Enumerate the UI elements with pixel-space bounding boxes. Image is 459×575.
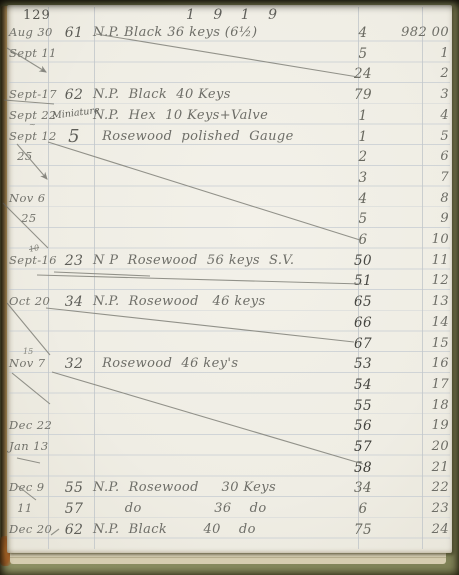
ledger-row: 67 15: [7, 336, 452, 357]
entry-quantity: 56: [341, 418, 385, 434]
entry-item-number: 32: [52, 356, 96, 372]
entry-date: Nov 715: [9, 356, 55, 370]
ledger-row: Dec 9 55 N.P. Rosewood 30 Keys 34 22: [7, 480, 452, 501]
entry-item-number: 23: [52, 253, 96, 269]
entry-date: Nov 6: [9, 191, 55, 205]
entry-quantity: 34: [341, 480, 385, 496]
entry-line-index: 9: [389, 211, 452, 226]
entry-quantity: 54: [341, 377, 385, 393]
entry-description: N.P. Rosewood 30 Keys: [93, 480, 359, 495]
entry-line-index: 5: [389, 129, 452, 144]
entry-description: N.P. Black 40 Keys: [93, 87, 359, 102]
ledger-row: 58 21: [7, 460, 452, 481]
entry-item-number: 34: [52, 294, 96, 310]
entry-date: Oct 20: [9, 294, 55, 308]
entry-line-index: 2: [389, 66, 452, 81]
entry-date: Dec 9: [9, 480, 55, 494]
entry-line-index: 21: [389, 460, 452, 475]
entry-item-number: 62: [52, 87, 96, 103]
entry-quantity: 24: [341, 66, 385, 82]
ledger-row: Sept-1610 23 N P Rosewood 56 keys S.V. 5…: [7, 253, 452, 274]
entry-description: N.P. Black 40 do: [93, 522, 359, 537]
entry-date-note: ~: [29, 120, 36, 129]
entry-line-index: 22: [389, 480, 452, 495]
entry-date: Sept-1610: [9, 253, 55, 267]
ledger-row: 54 17: [7, 377, 452, 398]
ledger-row: Aug 30 61 N.P. Black 36 keys (6½) 4 982 …: [7, 25, 452, 46]
entry-quantity: 5: [341, 46, 385, 62]
entry-quantity: 75: [341, 522, 385, 538]
ledger-row: 11 57 do 36 do 6 23: [7, 501, 452, 522]
entry-quantity: 2: [341, 149, 385, 165]
entry-description: N.P. Hex 10 Keys+Valve: [93, 108, 359, 123]
entry-line-index: 17: [389, 377, 452, 392]
entry-quantity: 1: [341, 108, 385, 124]
entry-description: Rosewood polished Gauge: [93, 129, 359, 144]
entry-description: Rosewood 46 key's: [93, 356, 359, 371]
entry-line-index: 7: [389, 170, 452, 185]
entry-line-index: 11: [389, 253, 452, 268]
entry-line-index: 15: [389, 336, 452, 351]
entry-item-number: 57: [52, 501, 96, 517]
entry-quantity: 66: [341, 315, 385, 331]
entry-date-note: 10: [28, 243, 40, 254]
ledger-row: Jan 13 57 20: [7, 439, 452, 460]
ledger-row: Dec 22 56 19: [7, 418, 452, 439]
entry-line-index: 13: [389, 294, 452, 309]
entry-line-index: 10: [389, 232, 452, 247]
ledger-row: Sept-17 62 N.P. Black 40 Keys 79 3: [7, 87, 452, 108]
entry-description: N.P. Rosewood 46 keys: [93, 294, 359, 309]
entry-date: Dec 22: [9, 418, 55, 432]
entry-line-index: 24: [389, 522, 452, 537]
entry-line-index: 19: [389, 418, 452, 433]
entry-quantity: 50: [341, 253, 385, 269]
entry-line-index: 18: [389, 398, 452, 413]
ledger-row: Sept 12~ 5 Rosewood polished Gauge 1 5: [7, 129, 452, 150]
entry-quantity: 65: [341, 294, 385, 310]
year-heading: 1 9 1 9: [175, 7, 295, 23]
entry-quantity: 3: [341, 170, 385, 186]
entry-quantity: 79: [341, 87, 385, 103]
ledger-row: Nov 6 4 8: [7, 191, 452, 212]
entry-item-number: 55: [52, 480, 96, 496]
ledger-row: 66 14: [7, 315, 452, 336]
entry-quantity: 58: [341, 460, 385, 476]
entry-item-number: 62: [52, 522, 96, 538]
entry-description: N.P. Black 36 keys (6½): [93, 25, 359, 40]
entry-line-index: 1: [389, 46, 452, 61]
entry-quantity: 5: [341, 211, 385, 227]
entry-date: 25: [9, 211, 55, 225]
entry-line-index: 14: [389, 315, 452, 330]
entry-line-index: 8: [389, 191, 452, 206]
entry-date: Aug 30: [9, 25, 55, 39]
ledger-row: 25 2 6: [7, 149, 452, 170]
entry-description: N P Rosewood 56 keys S.V.: [93, 253, 359, 268]
ledger-row: 51 12: [7, 273, 452, 294]
entry-line-index: 20: [389, 439, 452, 454]
ledger-row: 3 7: [7, 170, 452, 191]
entry-line-index: 12: [389, 273, 452, 288]
ledger-page: 129 1 9 1 9 Aug 30 61 N.P. Black 36 keys…: [7, 5, 452, 553]
page-number: 129: [23, 8, 51, 23]
ledger-row: Sept 11 5 1: [7, 46, 452, 67]
ledger-row: 25 5 9: [7, 211, 452, 232]
entry-quantity: 6: [341, 501, 385, 517]
ledger-row: 6 10: [7, 232, 452, 253]
entry-date: Sept 12~: [9, 129, 55, 143]
ledger-row: Nov 715 32 Rosewood 46 key's 53 16: [7, 356, 452, 377]
entry-line-index: 23: [389, 501, 452, 516]
entry-date: 25: [9, 149, 55, 163]
entry-quantity: 53: [341, 356, 385, 372]
ledger-scan: 129 1 9 1 9 Aug 30 61 N.P. Black 36 keys…: [0, 0, 459, 575]
entry-date: Jan 13: [9, 439, 55, 453]
entry-quantity: 55: [341, 398, 385, 414]
entry-item-number: 61: [52, 25, 96, 41]
entry-quantity: 57: [341, 439, 385, 455]
entry-date: Dec 20: [9, 522, 55, 536]
entry-quantity: 4: [341, 25, 385, 41]
entry-line-index: 982 00: [389, 25, 452, 40]
entry-quantity: 4: [341, 191, 385, 207]
entry-line-index: 16: [389, 356, 452, 371]
entry-item-number: 5: [52, 126, 96, 147]
entry-description: do 36 do: [93, 501, 359, 516]
entry-quantity: 51: [341, 273, 385, 289]
ledger-row: Oct 20 34 N.P. Rosewood 46 keys 65 13: [7, 294, 452, 315]
entry-date: 11: [9, 501, 55, 515]
entry-quantity: 6: [341, 232, 385, 248]
entry-date: Sept 11: [9, 46, 55, 60]
ledger-row: 24 2: [7, 66, 452, 87]
entry-item-number: Miniature: [51, 105, 96, 121]
entry-line-index: 6: [389, 149, 452, 164]
entry-quantity: 1: [341, 129, 385, 145]
entry-line-index: 4: [389, 108, 452, 123]
entry-quantity: 67: [341, 336, 385, 352]
entry-line-index: 3: [389, 87, 452, 102]
ledger-row: 55 18: [7, 398, 452, 419]
ledger-row: Dec 20 62 N.P. Black 40 do 75 24: [7, 522, 452, 543]
entry-date: Sept-17: [9, 87, 55, 101]
entry-date-note: 15: [23, 347, 33, 356]
